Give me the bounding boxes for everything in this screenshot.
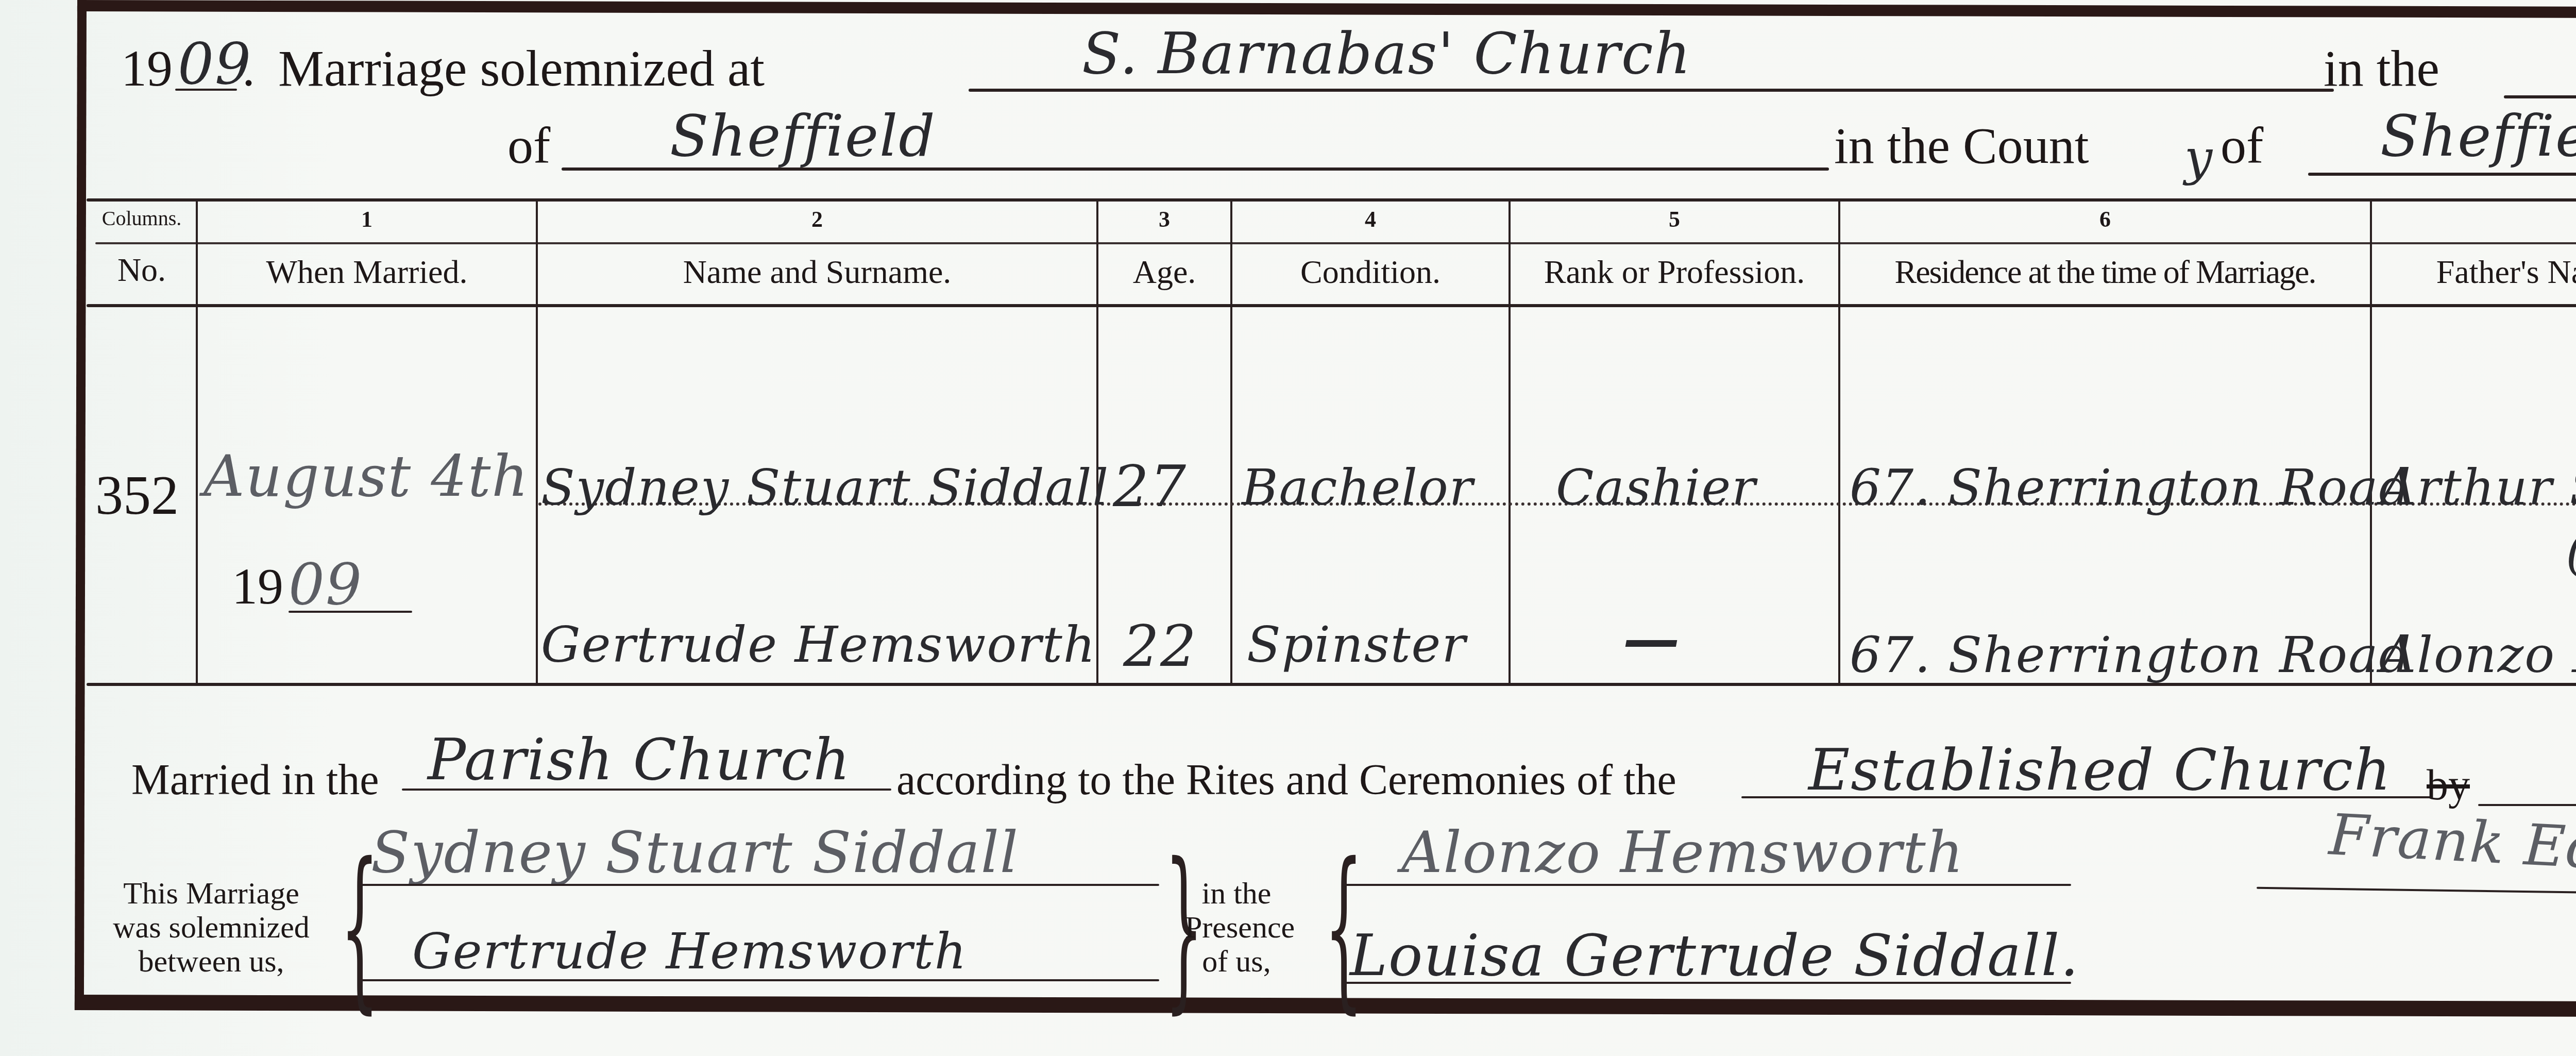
year-suffix-handwritten: 09 (178, 31, 252, 97)
bride-name: Gertrude Hemsworth (541, 616, 1096, 674)
label-line-3: of us, (1185, 944, 1288, 978)
licence-blank-underline (2478, 804, 2576, 806)
column-header-when-married: 1 When Married. (198, 206, 536, 291)
groom-condition: Bachelor (1242, 459, 1474, 516)
column-number: 7 (2372, 206, 2576, 232)
county-label-prefix: in the Count (1834, 116, 2089, 175)
year-prefix: 19 (121, 39, 173, 98)
place-underline (562, 167, 1829, 171)
date-year-underline (289, 611, 412, 613)
rites-label: according to the Rites and Ceremonies of… (896, 755, 1676, 805)
witness2-signature-line (1345, 982, 2071, 984)
column-label: Condition. (1232, 253, 1509, 291)
bride-father-name: Alonzo Hemsworth (2380, 626, 2576, 684)
groom-age: 27 (1113, 454, 1187, 519)
bride-profession-dash: — (1623, 606, 1681, 672)
column-number: 5 (1511, 206, 1838, 232)
label-line-1: in the (1185, 876, 1288, 910)
bride-condition: Spinster (1247, 616, 1466, 674)
column-label: Residence at the time of Marriage. (1840, 253, 2370, 291)
married-in-label: Married in the (131, 755, 379, 805)
county-label-suffix: of (2221, 116, 2263, 175)
married-in-value-handwritten: Parish Church (428, 727, 851, 793)
column-number: 6 (1840, 206, 2370, 232)
presence-label: in the Presence of us, (1185, 876, 1288, 978)
of-label: of (507, 116, 550, 175)
label-line-3: between us, (90, 944, 332, 978)
county-label-insert-handwritten: y (2184, 129, 2213, 187)
table-top-rule (87, 198, 2576, 202)
rites-value-handwritten: Established Church (1808, 737, 2392, 803)
rites-underline (1741, 796, 2432, 798)
date-year-suffix-handwritten: 09 (289, 551, 363, 617)
column-header-no: Columns. No. (88, 206, 196, 289)
column-header-rank: 5 Rank or Profession. (1511, 206, 1838, 291)
parish-underline (2504, 95, 2576, 98)
year-underline (175, 89, 237, 91)
header-bottom-rule (87, 304, 2576, 307)
column-header-age: 3 Age. (1098, 206, 1230, 291)
church-underline (969, 89, 2334, 92)
year-period: . (242, 39, 255, 98)
column-label: No. (88, 251, 196, 289)
entry-number: 352 (95, 464, 179, 528)
column-label: Father's Name and Surname. (2372, 253, 2576, 291)
parish-place-handwritten: Sheffield (670, 103, 936, 169)
column-header-condition: 4 Condition. (1232, 206, 1509, 291)
groom-residence: 67. Sherrington Road (1850, 459, 2412, 516)
in-the-label: in the (2324, 39, 2439, 98)
column-label: Rank or Profession. (1511, 253, 1838, 291)
church-name-handwritten: S. Barnabas' Church (1082, 21, 1691, 87)
column-number: 1 (198, 206, 536, 232)
groom-profession: Cashier (1556, 459, 1756, 516)
label-line-1: This Marriage (90, 876, 332, 910)
column-label: Name and Surname. (538, 253, 1096, 291)
by-label-struck: by (2427, 760, 2470, 810)
label-line-2: was solemnized (90, 910, 332, 944)
bride-age: 22 (1123, 613, 1197, 679)
groom-father-deceased-note: (dec.) (2566, 523, 2576, 581)
solemnized-between-label: This Marriage was solemnized between us, (90, 876, 332, 978)
county-underline (2308, 173, 2576, 176)
column-number: 4 (1232, 206, 1509, 232)
witness2-signature: Louisa Gertrude Siddall. (1350, 923, 2079, 988)
groom-father-name: Arthur Siddall (2380, 459, 2576, 516)
date-handwritten: August 4th (204, 443, 529, 509)
column-number: 2 (538, 206, 1096, 232)
column-header-residence: 6 Residence at the time of Marriage. (1840, 206, 2370, 291)
column-header-father-name: 7 Father's Name and Surname. (2372, 206, 2576, 291)
groom-signature-line (361, 884, 1159, 886)
column-label: When Married. (198, 253, 536, 291)
witness1-signature: Alonzo Hemsworth (1401, 819, 1964, 885)
solemnized-at-label: Marriage solemnized at (278, 39, 765, 98)
date-year-prefix: 19 (232, 557, 283, 616)
married-in-underline (402, 789, 891, 791)
bride-residence: 67. Sherrington Road (1850, 626, 2412, 684)
column-label: Age. (1098, 253, 1230, 291)
column-number: Columns. (88, 206, 196, 230)
column-header-name: 2 Name and Surname. (538, 206, 1096, 291)
county-handwritten: Sheffield (2380, 103, 2576, 169)
bride-signature: Gertrude Hemsworth (412, 923, 968, 980)
label-line-2: Presence (1185, 910, 1288, 944)
bride-signature-line (361, 979, 1159, 981)
witness1-signature-line (1345, 884, 2071, 886)
groom-name: Sydney Stuart Siddall (541, 459, 1109, 516)
groom-signature: Sydney Stuart Siddall (371, 819, 1019, 885)
column-number: 3 (1098, 206, 1230, 232)
